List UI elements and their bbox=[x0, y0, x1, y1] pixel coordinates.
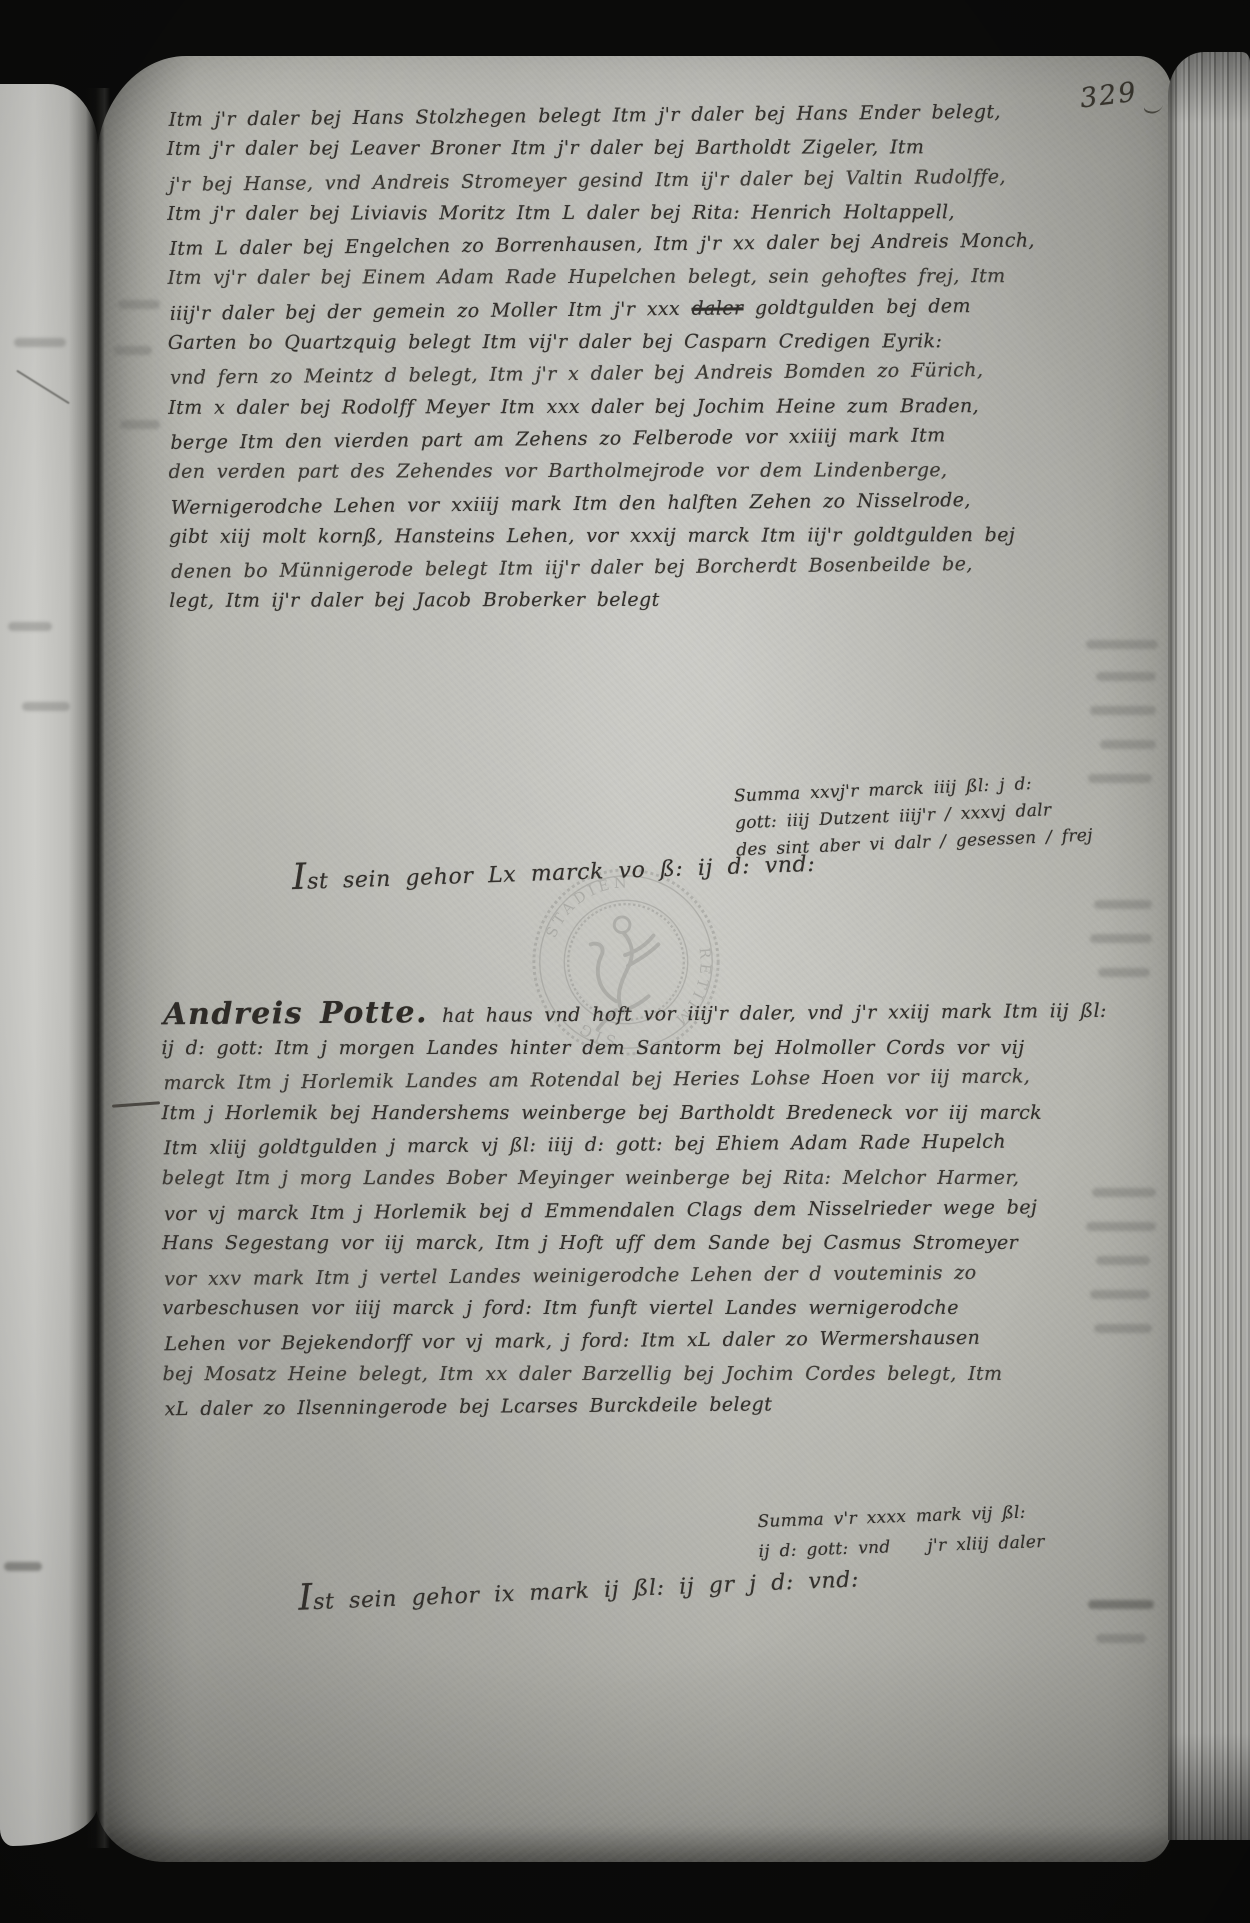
bleed-through-mark bbox=[22, 702, 70, 711]
manuscript-line: Itm j'r daler bej Hans Stolzhegen belegt… bbox=[169, 96, 969, 136]
manuscript-line: Lehen vor Bejekendorff vor vj mark, j fo… bbox=[164, 1322, 984, 1361]
entry-heading-line: Andreis Potte.hat haus vnd hoft vor iiij… bbox=[163, 993, 983, 1035]
bleed-through-mark bbox=[1088, 774, 1152, 783]
manuscript-line: legt, Itm ij'r daler bej Jacob Broberker… bbox=[169, 584, 969, 618]
bleed-through-mark bbox=[1100, 740, 1156, 749]
manuscript-line: marck Itm j Horlemik Landes am Rotendal … bbox=[163, 1061, 983, 1100]
manuscript-line: Itm L daler bej Engelchen zo Borrenhause… bbox=[169, 225, 969, 265]
manuscript-line: denen bo Münnigerode belegt Itm iij'r da… bbox=[171, 548, 971, 588]
bleed-through-mark bbox=[118, 300, 160, 309]
manuscript-line: gibt xiij molt kornß, Hansteins Lehen, v… bbox=[169, 519, 969, 553]
bleed-through-mark bbox=[14, 338, 66, 347]
bleed-through-mark bbox=[1086, 640, 1158, 649]
bleed-through-mark bbox=[1096, 672, 1156, 681]
bleed-through-mark bbox=[120, 420, 160, 429]
bleed-through-mark bbox=[1092, 1188, 1156, 1197]
manuscript-line: den verden part des Zehendes vor Barthol… bbox=[169, 454, 969, 488]
facing-page-edge bbox=[0, 84, 98, 1846]
manuscript-line: bej Mosatz Heine belegt, Itm xx daler Ba… bbox=[163, 1357, 983, 1390]
struck-word: daler bbox=[691, 297, 743, 319]
bleed-through-mark bbox=[1094, 900, 1152, 909]
manuscript-line: j'r bej Hanse, vnd Andreis Stromeyer ges… bbox=[169, 161, 969, 201]
book-photo: 329 Itm j'r daler bej Hans Stolzhegen be… bbox=[0, 0, 1250, 1923]
line-segment: iiij'r daler bej der gemein zo Moller It… bbox=[170, 298, 692, 325]
manuscript-line-with-strikeout: iiij'r daler bej der gemein zo Moller It… bbox=[170, 290, 970, 330]
bleed-through-mark bbox=[1090, 1290, 1150, 1299]
manuscript-line: Itm xliij goldtgulden j marck vj ßl: iii… bbox=[164, 1126, 984, 1165]
bleed-through-mark bbox=[1096, 1634, 1146, 1643]
bleed-through-mark bbox=[1090, 706, 1156, 715]
bleed-through-mark bbox=[1090, 934, 1152, 943]
manuscript-line: vor vj marck Itm j Horlemik bej d Emmend… bbox=[164, 1191, 984, 1230]
entry-block-2: Andreis Potte.hat haus vnd hoft vor iiij… bbox=[161, 995, 982, 1425]
bleed-through-mark bbox=[1088, 1600, 1154, 1609]
book-gutter-shadow bbox=[86, 88, 110, 1848]
manuscript-line: Itm x daler bej Rodolff Meyer Itm xxx da… bbox=[168, 390, 968, 424]
manuscript-line: xL daler zo Ilsenningerode bej Lcarses B… bbox=[165, 1387, 985, 1426]
line-segment: goldtgulden bej dem bbox=[743, 295, 971, 319]
manuscript-line: belegt Itm j morg Landes Bober Meyinger … bbox=[162, 1162, 982, 1195]
bleed-through-mark bbox=[8, 622, 52, 631]
manuscript-line: vnd fern zo Meintz d belegt, Itm j'r x d… bbox=[170, 355, 970, 395]
bleed-through-mark bbox=[4, 1562, 42, 1571]
manuscript-line: varbeschusen vor iiij marck j ford: Itm … bbox=[162, 1292, 982, 1325]
manuscript-line: Itm vj'r daler bej Einem Adam Rade Hupel… bbox=[168, 261, 968, 295]
manuscript-line: Garten bo Quartzquig belegt Itm vij'r da… bbox=[168, 325, 968, 359]
bleed-through-mark bbox=[1086, 1222, 1156, 1231]
fore-edge-page-stack bbox=[1168, 52, 1250, 1840]
entry-block-1: Itm j'r daler bej Hans Stolzhegen belegt… bbox=[167, 98, 970, 619]
manuscript-line: berge Itm den vierden part am Zehens zo … bbox=[170, 419, 970, 459]
manuscript-line: vor xxv mark Itm j vertel Landes weinige… bbox=[164, 1257, 984, 1296]
manuscript-line: ij d: gott: Itm j morgen Landes hinter d… bbox=[161, 1031, 981, 1064]
bleed-through-mark bbox=[1096, 1256, 1150, 1265]
manuscript-line: Itm j'r daler bej Liviavis Moritz Itm L … bbox=[167, 196, 967, 230]
manuscript-line: Wernigerodche Lehen vor xxiiij mark Itm … bbox=[171, 484, 971, 524]
bleed-through-mark bbox=[114, 346, 152, 355]
manuscript-line: Itm j Horlemik bej Handershems weinberge… bbox=[162, 1097, 982, 1130]
manuscript-line: Hans Segestang vor iij marck, Itm j Hoft… bbox=[162, 1227, 982, 1260]
bleed-through-mark bbox=[1098, 968, 1150, 977]
bleed-through-mark bbox=[1094, 1324, 1152, 1333]
manuscript-line: Itm j'r daler bej Leaver Broner Itm j'r … bbox=[167, 131, 967, 165]
entry-name-heading: Andreis Potte. bbox=[163, 995, 428, 1032]
